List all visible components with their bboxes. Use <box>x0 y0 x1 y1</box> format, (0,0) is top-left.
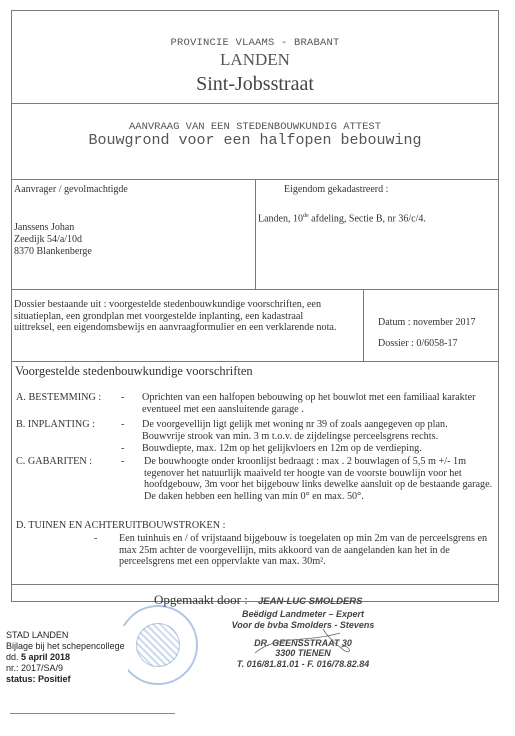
rule-c-dash: - <box>121 456 124 467</box>
approval-line1: Bijlage bij het schepencollege <box>6 641 125 652</box>
divider-dossier <box>11 361 499 362</box>
surveyor-name: JEAN-LUC SMOLDERS <box>258 596 363 607</box>
municipal-seal-stamp <box>118 605 198 685</box>
approval-date: dd. 5 april 2018 <box>6 652 70 663</box>
property-location: Landen, 10de afdeling, Sectie B, nr 36/c… <box>258 210 426 225</box>
divider-regulations <box>11 584 499 585</box>
divider-parties <box>11 289 499 290</box>
rule-c-label: C. GABARITEN : <box>16 456 92 467</box>
dossier-description: Dossier bestaande uit : voorgestelde ste… <box>14 299 344 334</box>
divider-dossier-meta <box>363 289 364 361</box>
rule-b-text1: De voorgevellijn ligt gelijk met woning … <box>142 419 492 442</box>
divider-header <box>11 103 499 104</box>
approval-number: nr.: 2017/SA/9 <box>6 663 63 674</box>
approval-status: status: Positief <box>6 674 71 685</box>
made-by-label: Opgemaakt door : <box>154 592 248 608</box>
applicant-label: Aanvrager / gevolmachtigde <box>14 184 128 196</box>
rule-d-label: D. TUINEN EN ACHTERUITBOUWSTROKEN : <box>16 520 226 531</box>
dossier-number: Dossier : 0/6058-17 <box>378 338 457 350</box>
approval-date-prefix: dd. <box>6 652 21 662</box>
applicant-address-line2: 8370 Blankenberge <box>14 246 92 258</box>
rule-a-label: A. BESTEMMING : <box>16 392 101 403</box>
seal-emblem-icon <box>136 623 180 667</box>
request-subject: Bouwgrond voor een halfopen bebouwing <box>11 132 499 149</box>
rule-d-text: Een tuinhuis en / of vrijstaand bijgebou… <box>119 533 491 568</box>
approval-underline <box>10 713 175 714</box>
rule-b-dash: - <box>121 419 124 430</box>
province-title: PROVINCIE VLAAMS - BRABANT <box>11 37 499 49</box>
rule-b-label: B. INPLANTING : <box>16 419 95 430</box>
rule-a-text: Oprichten van een halfopen bebouwing op … <box>142 392 492 415</box>
surveyor-title: Beëdigd Landmeter – Expert <box>218 609 388 619</box>
municipality-title: LANDEN <box>11 50 499 70</box>
rule-a-dash: - <box>121 392 124 403</box>
surveyor-phone: T. 016/81.81.01 - F. 016/78.82.84 <box>208 659 398 669</box>
applicant-name: Janssens Johan <box>14 222 74 234</box>
street-title: Sint-Jobsstraat <box>11 73 499 96</box>
signature-scribble-icon <box>245 625 365 660</box>
regulations-title: Voorgestelde stedenbouwkundige voorschri… <box>15 364 253 379</box>
property-location-suffix: afdeling, Sectie B, nr 36/c/4. <box>309 213 426 224</box>
approval-note-panel: STAD LANDEN Bijlage bij het schepencolle… <box>0 626 128 706</box>
property-location-prefix: Landen, 10 <box>258 213 303 224</box>
property-label: Eigendom gekadastreerd : <box>284 184 388 196</box>
rule-b-dash-2: - <box>121 443 124 454</box>
rule-b-text2: Bouwdiepte, max. 12m op het gelijkvloers… <box>142 443 492 455</box>
approval-city: STAD LANDEN <box>6 630 68 641</box>
divider-applicant-property <box>255 179 256 289</box>
approval-date-value: 5 april 2018 <box>21 652 70 662</box>
rule-d-dash: - <box>94 533 97 544</box>
dossier-date: Datum : november 2017 <box>378 317 475 329</box>
applicant-address-line1: Zeedijk 54/a/10d <box>14 234 82 246</box>
rule-c-text: De bouwhoogte onder kroonlijst bedraagt … <box>144 456 494 502</box>
